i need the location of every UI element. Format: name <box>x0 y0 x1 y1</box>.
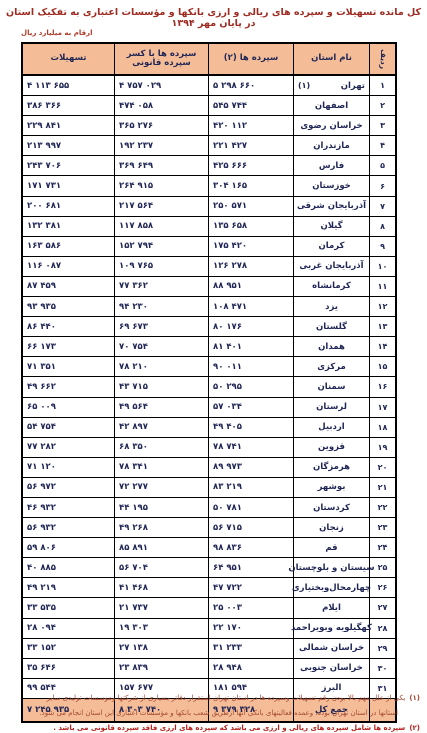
deposits-cell: ۲۲۱ ۴۲۷ <box>208 136 293 155</box>
facilities-cell: ۴ ۱۱۳ ۶۵۵ <box>23 76 114 95</box>
row-number-cell: ۱۸ <box>369 418 395 437</box>
province-cell: کرمان <box>293 237 369 256</box>
province-cell: چهارمحال‌وبختیاری <box>293 578 369 597</box>
deposits-net-cell: ۴۹ ۵۶۴ <box>114 398 208 417</box>
row-number-cell: ۹ <box>369 237 395 256</box>
footnote-2-text: سپرده ها شامل سپرده های ریالی و ارزی می … <box>53 724 405 732</box>
province-cell: لرستان <box>293 398 369 417</box>
province-name: کرمان <box>319 241 345 251</box>
province-name: قزوین <box>318 442 345 452</box>
deposits-cell: ۳۱ ۲۳۳ <box>208 639 293 658</box>
deposits-net-cell: ۳۶۹ ۶۴۹ <box>114 156 208 175</box>
province-name: اردبیل <box>318 422 344 432</box>
row-number-cell: ۱۵ <box>369 357 395 376</box>
province-cell: آذربایجان شرقی <box>293 197 369 216</box>
province-name: کهگیلویه وبویراحمد <box>291 623 372 633</box>
table-row: ۱۹قزوین۷۸ ۷۴۱۶۸ ۳۵۰۷۷ ۲۸۲ <box>23 438 395 458</box>
province-cell: زنجان <box>293 518 369 537</box>
province-cell: گلستان <box>293 317 369 336</box>
facilities-cell: ۲۰۰ ۶۸۱ <box>23 197 114 216</box>
deposits-net-cell: ۲۷ ۱۳۸ <box>114 639 208 658</box>
table-row: ۲۰هرمزگان۸۹ ۹۷۳۷۸ ۳۴۱۷۱ ۱۲۰ <box>23 458 395 478</box>
row-number-cell: ۱۳ <box>369 317 395 336</box>
province-cell: فارس <box>293 156 369 175</box>
row-number-cell: ۲۴ <box>369 538 395 557</box>
row-number-cell: ۲۷ <box>369 598 395 617</box>
province-name: آذربایجان غربی <box>299 261 363 271</box>
province-name: اصفهان <box>315 101 348 111</box>
table-row: ۲اصفهان۵۴۵ ۷۴۴۴۷۴ ۰۵۸۳۸۶ ۳۶۶ <box>23 96 395 116</box>
province-name: خراسان جنوبی <box>300 663 363 673</box>
province-cell: تهران(۱) <box>293 76 369 95</box>
deposits-net-cell: ۵۶ ۷۰۴ <box>114 558 208 577</box>
deposits-cell: ۹۸ ۸۳۶ <box>208 538 293 557</box>
table-row: ۱۲یزد۱۰۸ ۴۷۱۹۴ ۲۳۰۹۳ ۹۳۵ <box>23 297 395 317</box>
row-number-cell: ۱۴ <box>369 337 395 356</box>
deposits-net-cell: ۷۲ ۲۷۷ <box>114 478 208 497</box>
deposits-cell: ۴۲۰ ۱۱۲ <box>208 116 293 135</box>
deposits-net-cell: ۲۶۴ ۹۱۵ <box>114 176 208 195</box>
deposits-cell: ۱۰۸ ۴۷۱ <box>208 297 293 316</box>
deposits-net-cell: ۹۴ ۲۳۰ <box>114 297 208 316</box>
deposits-cell: ۱۷۵ ۴۲۰ <box>208 237 293 256</box>
deposits-net-cell: ۲۳ ۸۳۹ <box>114 659 208 678</box>
facilities-cell: ۳۳ ۱۵۲ <box>23 639 114 658</box>
province-name: خراسان شمالی <box>299 643 364 653</box>
table-row: ۲۵سیستان و بلوچستان۶۴ ۹۵۱۵۶ ۷۰۴۴۰ ۸۸۵ <box>23 558 395 578</box>
table-row: ۱۵مرکزی۹۰ ۰۱۱۷۸ ۲۱۰۷۱ ۳۵۱ <box>23 357 395 377</box>
row-number-cell: ۲۱ <box>369 478 395 497</box>
row-number-cell: ۲۶ <box>369 578 395 597</box>
province-name: خوزستان <box>312 181 351 191</box>
header-row-number: ردیف <box>369 44 395 74</box>
deposits-net-cell: ۴۳ ۷۱۵ <box>114 377 208 396</box>
deposits-net-cell: ۷۸ ۲۱۰ <box>114 357 208 376</box>
deposits-net-cell: ۱۹۲ ۲۳۷ <box>114 136 208 155</box>
facilities-cell: ۱۶۳ ۵۸۶ <box>23 237 114 256</box>
facilities-cell: ۲۴۳ ۷۰۶ <box>23 156 114 175</box>
deposits-cell: ۹۰ ۰۱۱ <box>208 357 293 376</box>
province-cell: اردبیل <box>293 418 369 437</box>
province-cell: قم <box>293 538 369 557</box>
footnote-marker: (۱) <box>298 81 310 90</box>
facilities-cell: ۴۹ ۲۱۹ <box>23 578 114 597</box>
province-name: مازندران <box>313 141 350 151</box>
province-cell: کردستان <box>293 498 369 517</box>
table-row: ۴مازندران۲۲۱ ۴۲۷۱۹۲ ۲۳۷۲۱۳ ۹۹۷ <box>23 136 395 156</box>
row-number-cell: ۳۰ <box>369 659 395 678</box>
facilities-cell: ۳۵ ۶۴۶ <box>23 659 114 678</box>
deposits-net-cell: ۶۹ ۶۷۳ <box>114 317 208 336</box>
facilities-cell: ۴۹ ۶۶۲ <box>23 377 114 396</box>
footnote-1-continued: استانها در استان تهران بوده، وعمده فعالی… <box>8 709 420 717</box>
table-row: ۱۷لرستان۵۷ ۰۳۴۴۹ ۵۶۴۶۵ ۰۰۹ <box>23 398 395 418</box>
facilities-cell: ۷۱ ۱۲۰ <box>23 458 114 477</box>
province-table: ردیف نام استان سپرده ها (۲) سپرده ها با … <box>21 42 397 723</box>
province-cell: خراسان رضوی <box>293 116 369 135</box>
province-name: کرمانشاه <box>312 281 351 291</box>
province-cell: یزد <box>293 297 369 316</box>
deposits-cell: ۴۲۵ ۶۶۶ <box>208 156 293 175</box>
province-name: البرز <box>322 683 342 693</box>
province-name: قم <box>325 543 337 553</box>
province-name: بوشهر <box>318 482 346 492</box>
province-name: خراسان رضوی <box>300 121 362 131</box>
deposits-net-cell: ۷۷ ۳۶۲ <box>114 277 208 296</box>
province-cell: بوشهر <box>293 478 369 497</box>
header-deposits: سپرده ها (۲) <box>208 44 293 74</box>
row-number-cell: ۶ <box>369 176 395 195</box>
province-name: لرستان <box>316 402 347 412</box>
table-row: ۲۷ایلام۲۵ ۰۰۳۲۱ ۷۳۷۳۳ ۵۳۵ <box>23 598 395 618</box>
row-number-cell: ۷ <box>369 197 395 216</box>
deposits-cell: ۴۷ ۷۲۲ <box>208 578 293 597</box>
row-number-cell: ۲۹ <box>369 639 395 658</box>
facilities-cell: ۵۶ ۹۷۲ <box>23 478 114 497</box>
facilities-cell: ۲۲۹ ۸۴۱ <box>23 116 114 135</box>
deposits-net-cell: ۴۷۴ ۰۵۸ <box>114 96 208 115</box>
deposits-net-cell: ۶۸ ۳۵۰ <box>114 438 208 457</box>
province-cell: مرکزی <box>293 357 369 376</box>
table-body: ۱تهران(۱)۵ ۲۹۸ ۶۶۰۴ ۷۵۷ ۰۲۹۴ ۱۱۳ ۶۵۵۲اصف… <box>23 76 395 698</box>
deposits-net-cell: ۱۰۹ ۷۶۵ <box>114 257 208 276</box>
facilities-cell: ۳۸۶ ۳۶۶ <box>23 96 114 115</box>
deposits-net-cell: ۴۹ ۲۶۸ <box>114 518 208 537</box>
deposits-cell: ۱۳۵ ۶۵۸ <box>208 217 293 236</box>
deposits-net-cell: ۲۱۷ ۵۶۴ <box>114 197 208 216</box>
deposits-cell: ۸۰ ۱۷۶ <box>208 317 293 336</box>
table-row: ۲۱بوشهر۸۳ ۲۱۹۷۲ ۲۷۷۵۶ ۹۷۲ <box>23 478 395 498</box>
facilities-cell: ۵۶ ۹۳۲ <box>23 518 114 537</box>
province-cell: هرمزگان <box>293 458 369 477</box>
row-number-cell: ۱۷ <box>369 398 395 417</box>
footnote-2-marker: (۲) <box>409 724 420 732</box>
deposits-net-cell: ۴ ۷۵۷ ۰۲۹ <box>114 76 208 95</box>
deposits-cell: ۸۸ ۹۵۱ <box>208 277 293 296</box>
row-number-cell: ۱۹ <box>369 438 395 457</box>
facilities-cell: ۹۳ ۹۳۵ <box>23 297 114 316</box>
table-row: ۱۳گلستان۸۰ ۱۷۶۶۹ ۶۷۳۸۶ ۴۴۰ <box>23 317 395 337</box>
province-name: ایلام <box>322 603 341 613</box>
province-name: آذربایجان شرقی <box>297 201 366 211</box>
facilities-cell: ۵۴ ۷۵۴ <box>23 418 114 437</box>
province-cell: قزوین <box>293 438 369 457</box>
row-number-cell: ۲۳ <box>369 518 395 537</box>
province-name: مرکزی <box>317 362 346 372</box>
row-number-cell: ۲۲ <box>369 498 395 517</box>
province-name: زنجان <box>319 523 344 533</box>
row-number-cell: ۲۰ <box>369 458 395 477</box>
province-name: تهران <box>341 81 365 91</box>
deposits-cell: ۲۵۰ ۵۷۱ <box>208 197 293 216</box>
facilities-cell: ۱۱۶ ۰۸۷ <box>23 257 114 276</box>
facilities-cell: ۳۳ ۵۳۵ <box>23 598 114 617</box>
deposits-net-cell: ۷۰ ۷۵۴ <box>114 337 208 356</box>
deposits-net-cell: ۴۴ ۱۹۵ <box>114 498 208 517</box>
deposits-cell: ۵۷ ۰۳۴ <box>208 398 293 417</box>
row-number-cell: ۱ <box>369 76 395 95</box>
province-name: هرمزگان <box>313 462 350 472</box>
table-row: ۵فارس۴۲۵ ۶۶۶۳۶۹ ۶۴۹۲۴۳ ۷۰۶ <box>23 156 395 176</box>
facilities-cell: ۷۷ ۲۸۲ <box>23 438 114 457</box>
table-row: ۱۶سمنان۵۰ ۲۹۵۴۳ ۷۱۵۴۹ ۶۶۲ <box>23 377 395 397</box>
table-row: ۲۴قم۹۸ ۸۳۶۸۵ ۸۹۱۵۹ ۸۰۶ <box>23 538 395 558</box>
table-row: ۱تهران(۱)۵ ۲۹۸ ۶۶۰۴ ۷۵۷ ۰۲۹۴ ۱۱۳ ۶۵۵ <box>23 76 395 96</box>
footnote-1-text: یکی از علل مهم بالا بودن رقم تسهیلات وسپ… <box>47 694 406 702</box>
province-cell: آذربایجان غربی <box>293 257 369 276</box>
row-number-cell: ۱۲ <box>369 297 395 316</box>
facilities-cell: ۷۱ ۳۵۱ <box>23 357 114 376</box>
facilities-cell: ۱۳۲ ۳۸۱ <box>23 217 114 236</box>
deposits-cell: ۲۸ ۹۴۸ <box>208 659 293 678</box>
province-cell: خراسان شمالی <box>293 639 369 658</box>
table-row: ۷آذربایجان شرقی۲۵۰ ۵۷۱۲۱۷ ۵۶۴۲۰۰ ۶۸۱ <box>23 197 395 217</box>
table-row: ۶خوزستان۳۰۴ ۱۶۵۲۶۴ ۹۱۵۱۷۱ ۷۳۱ <box>23 176 395 196</box>
deposits-cell: ۵ ۲۹۸ ۶۶۰ <box>208 76 293 95</box>
row-number-cell: ۵ <box>369 156 395 175</box>
deposits-cell: ۱۲۶ ۲۷۸ <box>208 257 293 276</box>
table-row: ۸گیلان۱۳۵ ۶۵۸۱۱۷ ۸۵۸۱۳۲ ۳۸۱ <box>23 217 395 237</box>
footnote-1-marker: (۱) <box>409 694 420 702</box>
deposits-cell: ۴۹ ۴۰۵ <box>208 418 293 437</box>
table-row: ۳خراسان رضوی۴۲۰ ۱۱۲۳۶۵ ۲۷۶۲۲۹ ۸۴۱ <box>23 116 395 136</box>
deposits-cell: ۵۰ ۷۸۱ <box>208 498 293 517</box>
province-name: سیستان و بلوچستان <box>288 563 374 573</box>
deposits-cell: ۳۰۴ ۱۶۵ <box>208 176 293 195</box>
deposits-net-cell: ۱۵۲ ۷۹۴ <box>114 237 208 256</box>
footnote-1: (۱) یکی از علل مهم بالا بودن رقم تسهیلات… <box>8 694 420 702</box>
table-row: ۲۶چهارمحال‌وبختیاری۴۷ ۷۲۲۴۱ ۴۶۸۴۹ ۲۱۹ <box>23 578 395 598</box>
header-deposits-net: سپرده ها با کسر سپرده قانونی <box>114 44 208 74</box>
province-name: فارس <box>319 161 344 171</box>
deposits-cell: ۸۹ ۹۷۳ <box>208 458 293 477</box>
table-row: ۹کرمان۱۷۵ ۴۲۰۱۵۲ ۷۹۴۱۶۳ ۵۸۶ <box>23 237 395 257</box>
table-row: ۲۸کهگیلویه وبویراحمد۲۲ ۱۷۰۱۹ ۳۰۳۲۸ ۰۹۴ <box>23 619 395 639</box>
deposits-cell: ۸۳ ۲۱۹ <box>208 478 293 497</box>
province-cell: کرمانشاه <box>293 277 369 296</box>
footnotes: (۱) یکی از علل مهم بالا بودن رقم تسهیلات… <box>8 694 420 732</box>
deposits-cell: ۸۱ ۴۰۱ <box>208 337 293 356</box>
province-name: گیلان <box>320 221 342 231</box>
table-row: ۲۹خراسان شمالی۳۱ ۲۳۳۲۷ ۱۳۸۳۳ ۱۵۲ <box>23 639 395 659</box>
deposits-cell: ۶۴ ۹۵۱ <box>208 558 293 577</box>
header-row-number-label: ردیف <box>378 49 386 69</box>
facilities-cell: ۶۵ ۰۰۹ <box>23 398 114 417</box>
deposits-cell: ۲۵ ۰۰۳ <box>208 598 293 617</box>
deposits-cell: ۵۰ ۲۹۵ <box>208 377 293 396</box>
province-cell: ایلام <box>293 598 369 617</box>
row-number-cell: ۸ <box>369 217 395 236</box>
row-number-cell: ۴ <box>369 136 395 155</box>
province-name: سمنان <box>318 382 346 392</box>
facilities-cell: ۲۱۳ ۹۹۷ <box>23 136 114 155</box>
facilities-cell: ۴۰ ۸۸۵ <box>23 558 114 577</box>
province-cell: اصفهان <box>293 96 369 115</box>
row-number-cell: ۱۰ <box>369 257 395 276</box>
deposits-net-cell: ۳۶۵ ۲۷۶ <box>114 116 208 135</box>
row-number-cell: ۳ <box>369 116 395 135</box>
table-row: ۲۲کردستان۵۰ ۷۸۱۴۴ ۱۹۵۴۶ ۹۳۲ <box>23 498 395 518</box>
row-number-cell: ۱۶ <box>369 377 395 396</box>
deposits-net-cell: ۱۹ ۳۰۳ <box>114 619 208 638</box>
table-row: ۱۱کرمانشاه۸۸ ۹۵۱۷۷ ۳۶۲۸۷ ۴۵۹ <box>23 277 395 297</box>
province-cell: خراسان جنوبی <box>293 659 369 678</box>
page-title: کل مانده تسهیلات و سپرده های ریالی و ارز… <box>0 0 427 29</box>
province-cell: مازندران <box>293 136 369 155</box>
deposits-net-cell: ۱۱۷ ۸۵۸ <box>114 217 208 236</box>
facilities-cell: ۵۹ ۸۰۶ <box>23 538 114 557</box>
header-province: نام استان <box>293 44 369 74</box>
province-cell: گیلان <box>293 217 369 236</box>
deposits-net-cell: ۲۱ ۷۳۷ <box>114 598 208 617</box>
row-number-cell: ۱۱ <box>369 277 395 296</box>
province-cell: سیستان و بلوچستان <box>293 558 369 577</box>
row-number-cell: ۲ <box>369 96 395 115</box>
province-cell: خوزستان <box>293 176 369 195</box>
table-row: ۱۴همدان۸۱ ۴۰۱۷۰ ۷۵۴۶۶ ۱۷۳ <box>23 337 395 357</box>
province-name: چهارمحال‌وبختیاری <box>292 583 371 593</box>
facilities-cell: ۸۷ ۴۵۹ <box>23 277 114 296</box>
province-name: گلستان <box>316 322 347 332</box>
facilities-cell: ۱۷۱ ۷۳۱ <box>23 176 114 195</box>
header-facilities: تسهیلات <box>23 44 114 74</box>
table-row: ۱۸اردبیل۴۹ ۴۰۵۴۲ ۸۹۷۵۴ ۷۵۴ <box>23 418 395 438</box>
row-number-cell: ۲۸ <box>369 619 395 638</box>
facilities-cell: ۴۶ ۹۳۲ <box>23 498 114 517</box>
table-row: ۱۰آذربایجان غربی۱۲۶ ۲۷۸۱۰۹ ۷۶۵۱۱۶ ۰۸۷ <box>23 257 395 277</box>
deposits-cell: ۵۴۵ ۷۴۴ <box>208 96 293 115</box>
document-page: کل مانده تسهیلات و سپرده های ریالی و ارز… <box>0 0 427 733</box>
facilities-cell: ۸۶ ۴۴۰ <box>23 317 114 336</box>
table-row: ۲۳زنجان۵۶ ۷۱۵۴۹ ۲۶۸۵۶ ۹۳۲ <box>23 518 395 538</box>
province-cell: سمنان <box>293 377 369 396</box>
deposits-cell: ۷۸ ۷۴۱ <box>208 438 293 457</box>
table-row: ۳۰خراسان جنوبی۲۸ ۹۴۸۲۳ ۸۳۹۳۵ ۶۴۶ <box>23 659 395 679</box>
facilities-cell: ۶۶ ۱۷۳ <box>23 337 114 356</box>
table-header-row: ردیف نام استان سپرده ها (۲) سپرده ها با … <box>23 44 395 76</box>
deposits-net-cell: ۴۲ ۸۹۷ <box>114 418 208 437</box>
province-cell: همدان <box>293 337 369 356</box>
province-name: کردستان <box>313 503 350 513</box>
deposits-net-cell: ۴۱ ۴۶۸ <box>114 578 208 597</box>
deposits-net-cell: ۸۵ ۸۹۱ <box>114 538 208 557</box>
province-name: همدان <box>318 342 345 352</box>
province-name: یزد <box>325 302 338 312</box>
deposits-net-cell: ۷۸ ۳۴۱ <box>114 458 208 477</box>
province-cell: کهگیلویه وبویراحمد <box>293 619 369 638</box>
facilities-cell: ۲۸ ۰۹۴ <box>23 619 114 638</box>
unit-note: ارقام به میلیارد ریال <box>21 29 92 37</box>
deposits-cell: ۲۲ ۱۷۰ <box>208 619 293 638</box>
footnote-2: (۲) سپرده ها شامل سپرده های ریالی و ارزی… <box>8 724 420 732</box>
deposits-cell: ۵۶ ۷۱۵ <box>208 518 293 537</box>
